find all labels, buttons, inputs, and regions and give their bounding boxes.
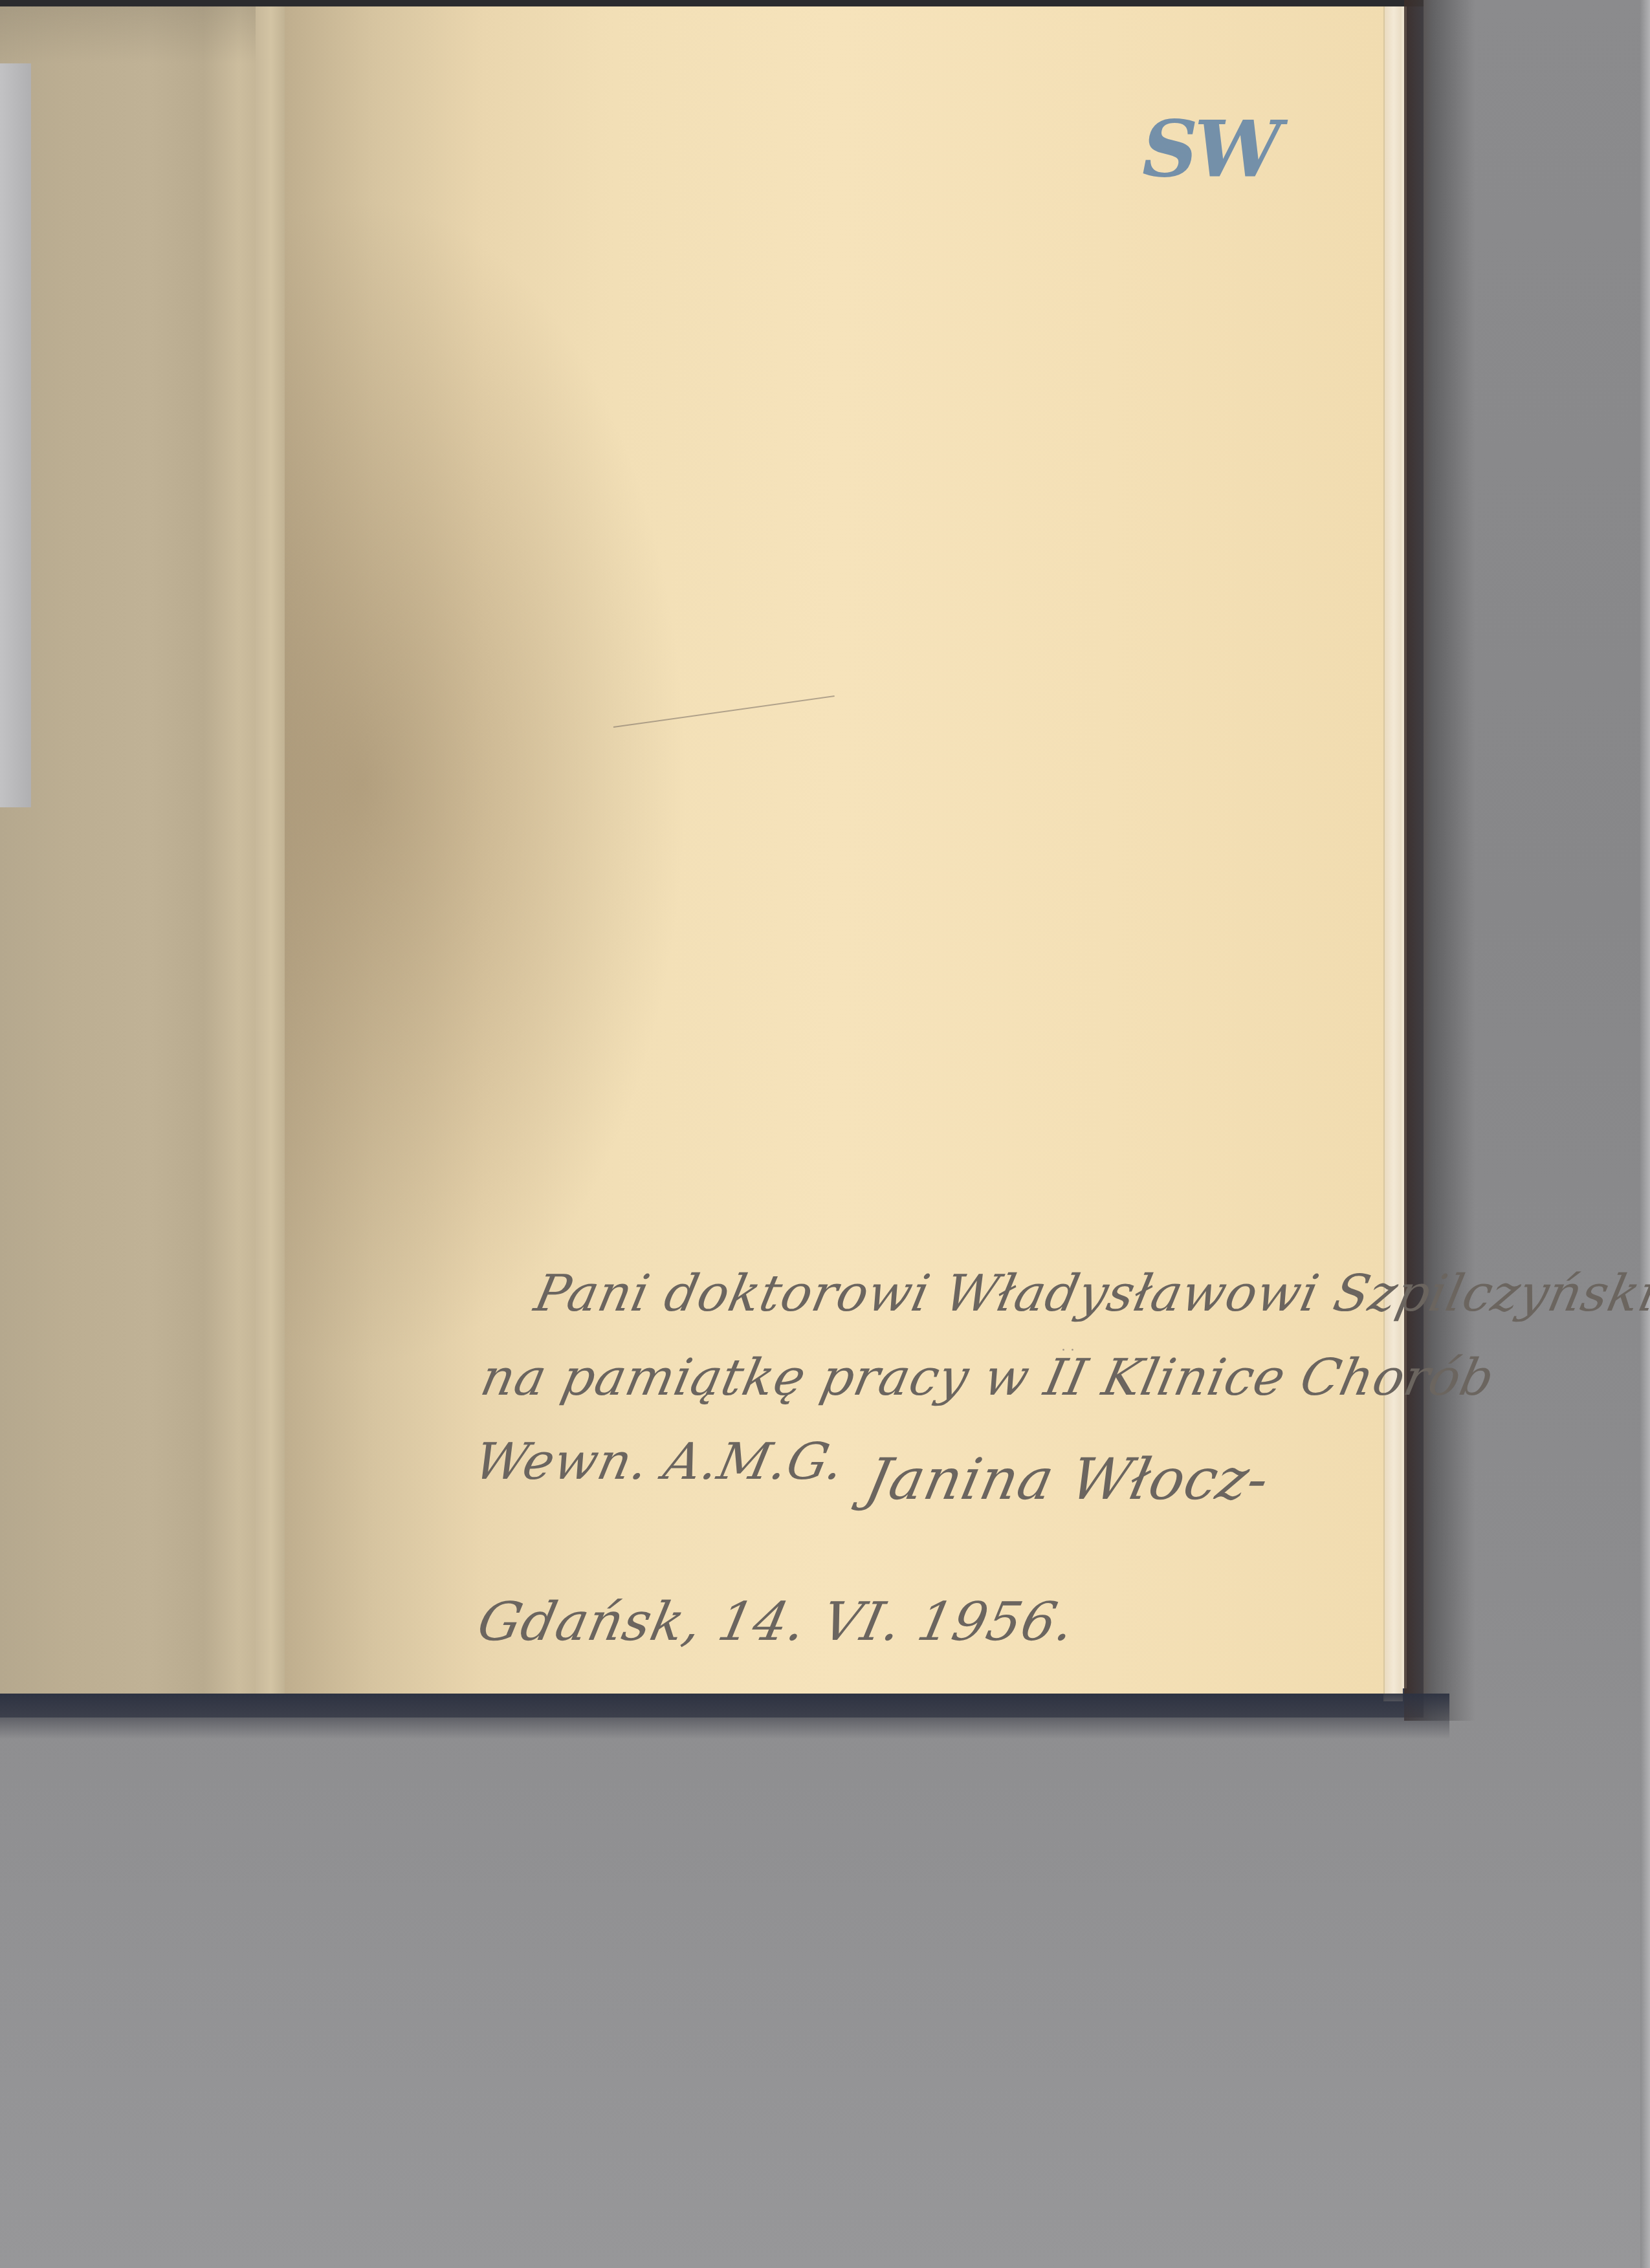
cover-top-edge [0, 0, 1424, 6]
dedication-line-3: Wewn. A.M.G. [469, 1433, 850, 1491]
signature: Janina Włocz- [860, 1446, 1275, 1512]
endpaper-top-band [0, 6, 272, 63]
cover-shadow-bottom [0, 1694, 1449, 1739]
dedication-line-2: na pamiątkę pracy w II Klinice Chorób [476, 1349, 1499, 1407]
dedication-line-1: Pani doktorowi Władysławowi Szpilczyński… [529, 1265, 1650, 1323]
scanner-edge [1640, 0, 1650, 2268]
place-and-date: Gdańsk, 14. VI. 1956. [472, 1591, 1081, 1653]
endpaper-pale-strip [0, 63, 31, 807]
page-block-edge [1383, 6, 1403, 1701]
blue-pencil-monogram: SW [1142, 104, 1277, 195]
cover-shadow-right [1404, 0, 1475, 1721]
endpaper-left [0, 6, 272, 1694]
